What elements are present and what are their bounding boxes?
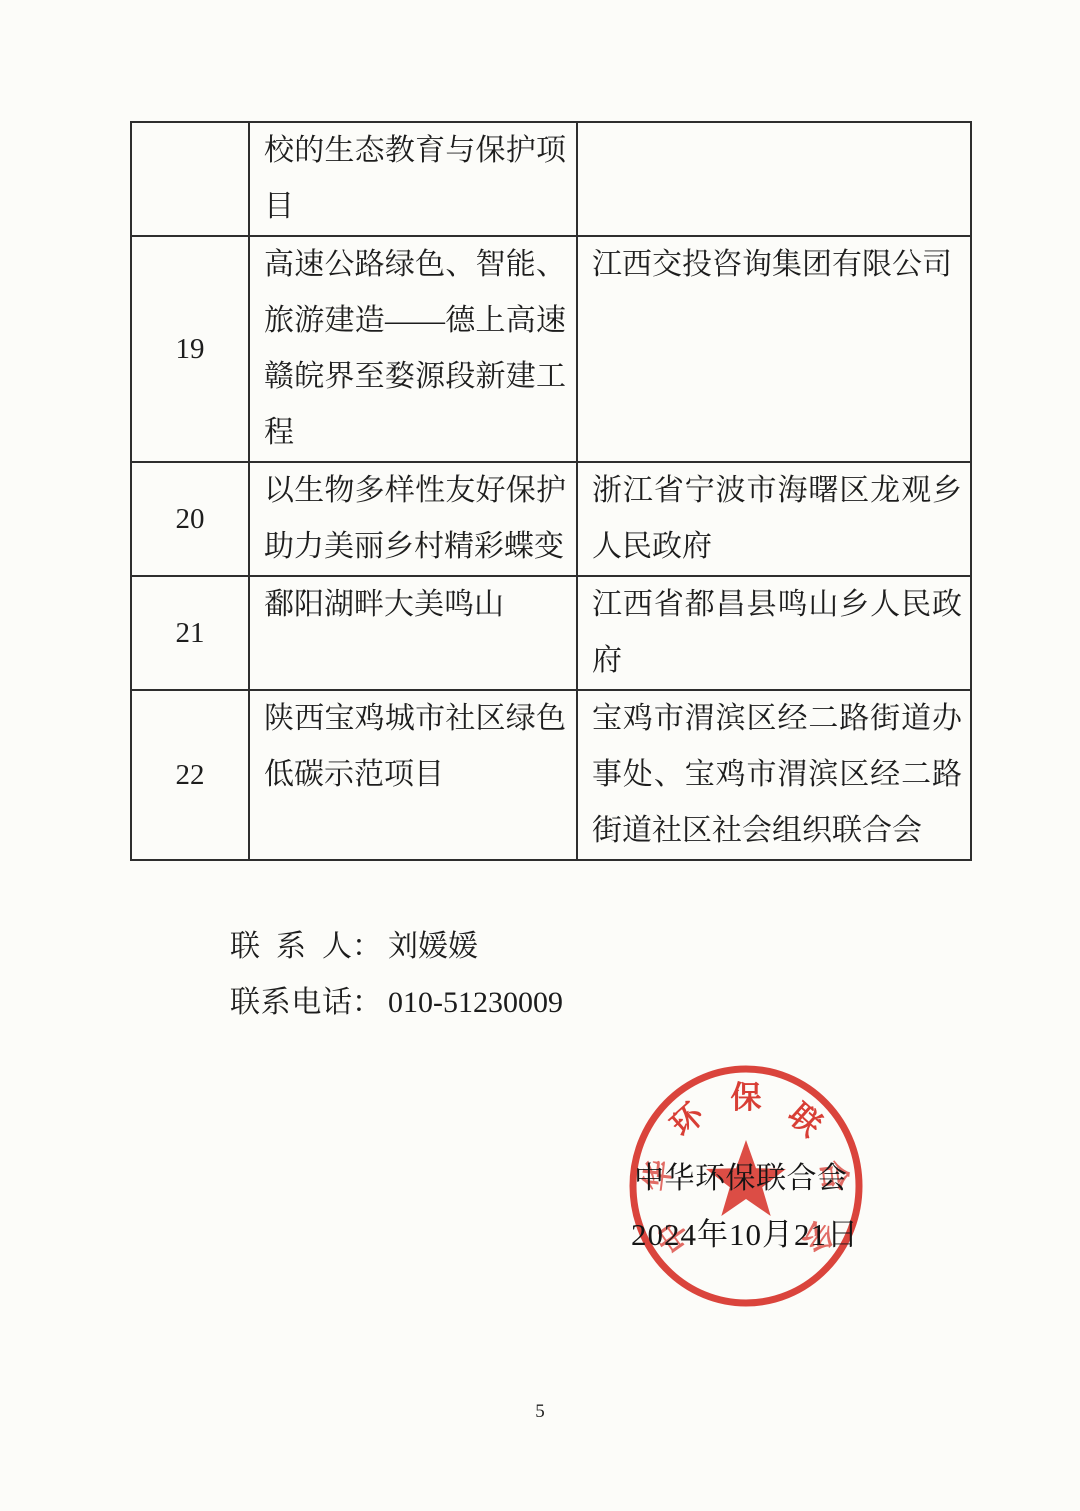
organization-cell: 江西交投咨询集团有限公司 — [577, 236, 971, 462]
row-number-cell: 19 — [131, 236, 249, 462]
contact-person-line: 联系人：刘媛媛 — [230, 919, 563, 975]
organization-cell: 江西省都昌县鸣山乡人民政府 — [577, 576, 971, 690]
table-row: 校的生态教育与保护项目 — [131, 122, 971, 236]
seal-date: 2024年10月21日 — [631, 1215, 859, 1255]
contact-phone-number: 010-51230009 — [388, 986, 563, 1019]
row-number-cell: 20 — [131, 462, 249, 576]
organization-cell — [577, 122, 971, 236]
document-page: 校的生态教育与保护项目 19 高速公路绿色、智能、旅游建造——德上高速赣皖界至婺… — [0, 0, 1080, 1511]
project-name-cell: 陕西宝鸡城市社区绿色低碳示范项目 — [249, 690, 577, 860]
project-name-cell: 高速公路绿色、智能、旅游建造——德上高速赣皖界至婺源段新建工程 — [249, 236, 577, 462]
table-row: 22 陕西宝鸡城市社区绿色低碳示范项目 宝鸡市渭滨区经二路街道办事处、宝鸡市渭滨… — [131, 690, 971, 860]
table-row: 20 以生物多样性友好保护助力美丽乡村精彩蝶变 浙江省宁波市海曙区龙观乡人民政府 — [131, 462, 971, 576]
contact-person-colon: ： — [352, 919, 382, 975]
contact-block: 联系人：刘媛媛 联系电话：010-51230009 — [230, 919, 563, 1031]
project-name-cell: 校的生态教育与保护项目 — [249, 122, 577, 236]
seal-arc-char: 保 — [731, 1080, 762, 1115]
contact-person-name: 刘媛媛 — [388, 930, 478, 963]
seal-arc-char: 联 — [782, 1097, 828, 1144]
row-number-cell — [131, 122, 249, 236]
project-name-cell: 以生物多样性友好保护助力美丽乡村精彩蝶变 — [249, 462, 577, 576]
project-table: 校的生态教育与保护项目 19 高速公路绿色、智能、旅游建造——德上高速赣皖界至婺… — [130, 121, 972, 861]
page-number: 5 — [0, 1401, 1080, 1423]
seal-org-name: 中华环保联合会 — [634, 1160, 854, 1198]
contact-person-label: 联系人 — [230, 919, 352, 975]
table-row: 21 鄱阳湖畔大美鸣山 江西省都昌县鸣山乡人民政府 — [131, 576, 971, 690]
row-number-cell: 22 — [131, 690, 249, 860]
table-row: 19 高速公路绿色、智能、旅游建造——德上高速赣皖界至婺源段新建工程 江西交投咨… — [131, 236, 971, 462]
organization-cell: 浙江省宁波市海曙区龙观乡人民政府 — [577, 462, 971, 576]
project-name-cell: 鄱阳湖畔大美鸣山 — [249, 576, 577, 690]
contact-phone-line: 联系电话：010-51230009 — [230, 975, 563, 1031]
contact-phone-label: 联系电话 — [230, 975, 352, 1031]
organization-cell: 宝鸡市渭滨区经二路街道办事处、宝鸡市渭滨区经二路街道社区社会组织联合会 — [577, 690, 971, 860]
row-number-cell: 21 — [131, 576, 249, 690]
contact-phone-colon: ： — [352, 975, 382, 1031]
